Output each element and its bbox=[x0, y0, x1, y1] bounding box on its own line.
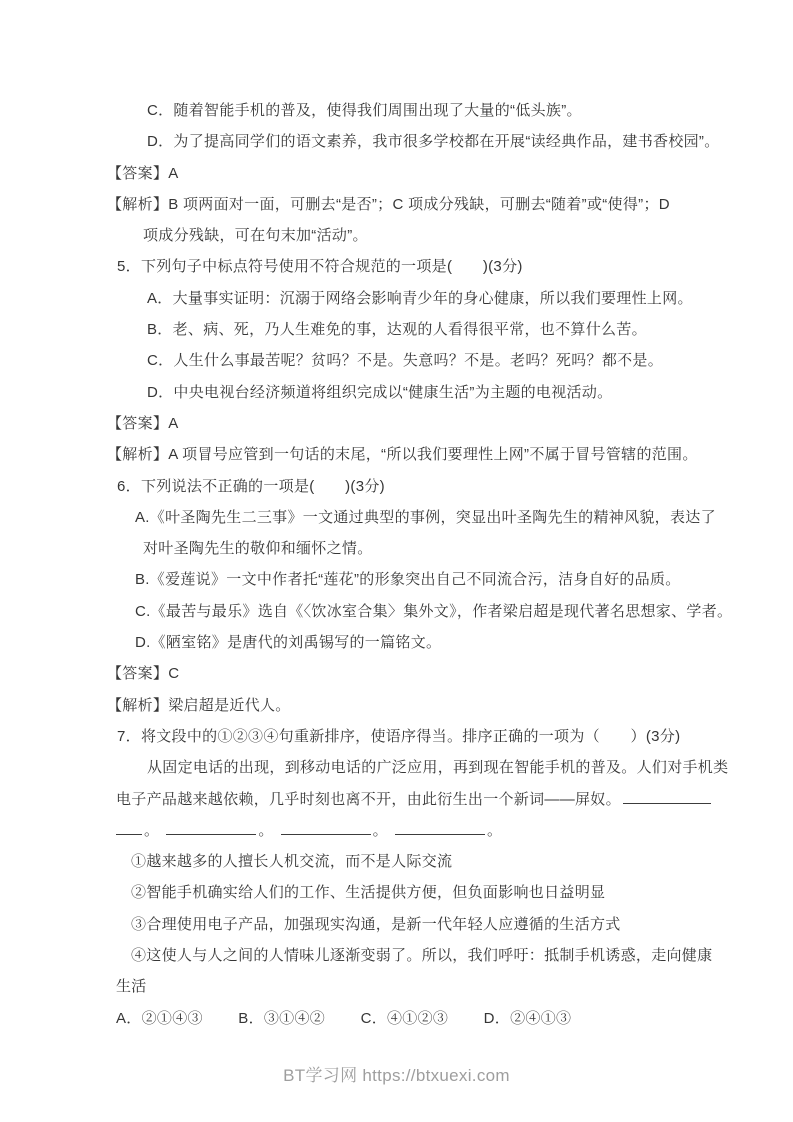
q5-option-b: B．老、病、死，乃人生难免的事，达观的人看得很平常，也不算什么苦。 bbox=[107, 314, 747, 345]
q4-option-d: D．为了提高同学们的语文素养，我市很多学校都在开展“读经典作品，建书香校园”。 bbox=[107, 126, 747, 157]
q6-option-a-line2: 对叶圣陶先生的敬仰和缅怀之情。 bbox=[107, 533, 747, 564]
q7-blank-period-1: 。 bbox=[144, 822, 159, 839]
q7-passage-line1: 从固定电话的出现，到移动电话的广泛应用，再到现在智能手机的普及。人们对手机类 bbox=[107, 752, 747, 783]
q7-blank-period-2: 。 bbox=[258, 822, 273, 839]
q7-choices: A．②①④③ B．③①④② C．④①②③ D．②④①③ bbox=[107, 1003, 747, 1034]
q5-answer: 【答案】A bbox=[107, 408, 747, 439]
q5-option-c: C．人生什么事最苦呢？贫吗？不是。失意吗？不是。老吗？死吗？都不是。 bbox=[107, 345, 747, 376]
q5-option-a: A．大量事实证明：沉溺于网络会影响青少年的身心健康，所以我们要理性上网。 bbox=[107, 283, 747, 314]
q6-option-b: B.《爱莲说》一文中作者托“莲花”的形象突出自己不同流合污，洁身自好的品质。 bbox=[107, 564, 747, 595]
q6-option-d: D.《陋室铭》是唐代的刘禹锡写的一篇铭文。 bbox=[107, 627, 747, 658]
q7-blank-underline-3 bbox=[166, 820, 256, 835]
q7-passage-line2: 电子产品越来越依赖，几乎时刻也离不开，由此衍生出一个新词——屏奴。 bbox=[107, 784, 747, 815]
q6-option-c: C.《最苦与最乐》选自《〈饮冰室合集〉集外文》，作者梁启超是现代著名思想家、学者… bbox=[107, 596, 747, 627]
q4-explanation-line2: 项成分残缺，可在句末加“活动”。 bbox=[107, 220, 747, 251]
q7-blank-period-3: 。 bbox=[373, 822, 388, 839]
q7-stem: 7．将文段中的①②③④句重新排序，使语序得当。排序正确的一项为（ ）(3分) bbox=[107, 721, 747, 752]
q4-option-c: C．随着智能手机的普及，使得我们周围出现了大量的“低头族”。 bbox=[107, 95, 747, 126]
q5-option-d: D．中央电视台经济频道将组织完成以“健康生活”为主题的电视活动。 bbox=[107, 377, 747, 408]
q7-choice-c: C．④①②③ bbox=[361, 1010, 449, 1027]
q7-blanks-line: 。。。。 bbox=[107, 815, 747, 846]
exam-document: C．随着智能手机的普及，使得我们周围出现了大量的“低头族”。 D．为了提高同学们… bbox=[107, 95, 747, 1034]
q7-choice-b: B．③①④② bbox=[238, 1010, 325, 1027]
q7-blank-underline-1 bbox=[623, 789, 711, 804]
q6-explanation: 【解析】梁启超是近代人。 bbox=[107, 690, 747, 721]
q7-sentence-1: ①越来越多的人擅长人机交流，而不是人际交流 bbox=[107, 846, 747, 877]
q7-blank-underline-4 bbox=[281, 820, 371, 835]
q7-sentence-4-line2: 生活 bbox=[107, 971, 747, 1002]
q4-explanation-line1: 【解析】B 项两面对一面，可删去“是否”；C 项成分残缺，可删去“随着”或“使得… bbox=[107, 189, 747, 220]
q6-option-a-line1: A.《叶圣陶先生二三事》一文通过典型的事例，突显出叶圣陶先生的精神风貌，表达了 bbox=[107, 502, 747, 533]
watermark-footer: BT学习网 https://btxuexi.com bbox=[0, 1064, 793, 1088]
q5-explanation: 【解析】A 项冒号应管到一句话的末尾，“所以我们要理性上网”不属于冒号管辖的范围… bbox=[107, 439, 747, 470]
q7-sentence-3: ③合理使用电子产品，加强现实沟通，是新一代年轻人应遵循的生活方式 bbox=[107, 909, 747, 940]
q7-blank-underline-5 bbox=[395, 820, 485, 835]
q7-sentence-4-line1: ④这使人与人之间的人情味儿逐渐变弱了。所以，我们呼吁：抵制手机诱惑，走向健康 bbox=[107, 940, 747, 971]
q7-sentence-2: ②智能手机确实给人们的工作、生活提供方便，但负面影响也日益明显 bbox=[107, 877, 747, 908]
q7-passage-line2-text: 电子产品越来越依赖，几乎时刻也离不开，由此衍生出一个新词——屏奴。 bbox=[116, 791, 621, 808]
q7-blank-underline-2 bbox=[116, 820, 142, 835]
q5-stem: 5．下列句子中标点符号使用不符合规范的一项是( )(3分) bbox=[107, 251, 747, 282]
q6-answer: 【答案】C bbox=[107, 658, 747, 689]
q7-choice-d: D．②④①③ bbox=[484, 1010, 572, 1027]
q7-choice-a: A．②①④③ bbox=[116, 1010, 203, 1027]
q4-answer: 【答案】A bbox=[107, 158, 747, 189]
q6-stem: 6．下列说法不正确的一项是( )(3分) bbox=[107, 471, 747, 502]
q7-blank-period-4: 。 bbox=[487, 822, 502, 839]
